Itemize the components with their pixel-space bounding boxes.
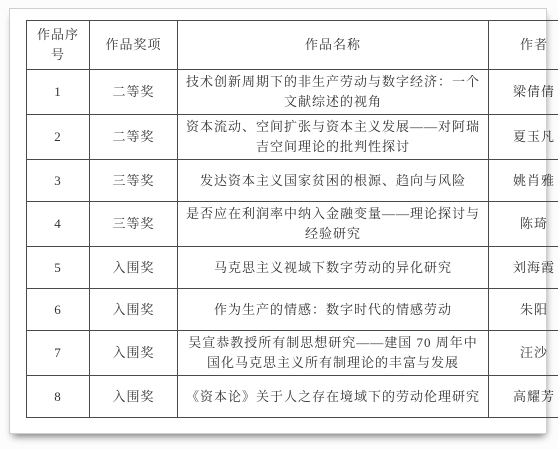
title-cell: 吴宣恭教授所有制思想研究——建国 70 周年中国化马克思主义所有制理论的丰富与发…: [178, 331, 489, 376]
award-cell: 入围奖: [90, 289, 178, 331]
serial-cell: 7: [27, 331, 90, 376]
serial-cell: 8: [27, 376, 90, 418]
award-cell: 三等奖: [90, 202, 178, 247]
author-cell: 高耀芳: [489, 376, 558, 418]
serial-cell: 1: [27, 70, 90, 115]
author-cell: 梁倩倩: [489, 70, 558, 115]
author-cell: 夏玉凡: [489, 115, 558, 160]
serial-cell: 3: [27, 160, 90, 202]
header-award: 作品奖项: [90, 21, 178, 70]
serial-cell: 6: [27, 289, 90, 331]
table-row: 2 二等奖 资本流动、空间扩张与资本主义发展——对阿瑞吉空间理论的批判性探讨 夏…: [27, 115, 558, 160]
award-cell: 二等奖: [90, 70, 178, 115]
award-cell: 入围奖: [90, 247, 178, 289]
award-cell: 入围奖: [90, 376, 178, 418]
table-row: 8 入围奖 《资本论》关于人之存在境域下的劳动伦理研究 高耀芳: [27, 376, 558, 418]
title-cell: 发达资本主义国家贫困的根源、趋向与风险: [178, 160, 489, 202]
author-cell: 朱阳: [489, 289, 558, 331]
title-cell: 是否应在利润率中纳入金融变量——理论探讨与经验研究: [178, 202, 489, 247]
header-row: 作品序号 作品奖项 作品名称 作者: [27, 21, 558, 70]
award-cell: 二等奖: [90, 115, 178, 160]
table-row: 1 二等奖 技术创新周期下的非生产劳动与数字经济：一个文献综述的视角 梁倩倩: [27, 70, 558, 115]
table-header: 作品序号 作品奖项 作品名称 作者: [27, 21, 558, 70]
header-serial: 作品序号: [27, 21, 90, 70]
table-row: 4 三等奖 是否应在利润率中纳入金融变量——理论探讨与经验研究 陈琦: [27, 202, 558, 247]
title-cell: 资本流动、空间扩张与资本主义发展——对阿瑞吉空间理论的批判性探讨: [178, 115, 489, 160]
table-body: 1 二等奖 技术创新周期下的非生产劳动与数字经济：一个文献综述的视角 梁倩倩 2…: [27, 70, 558, 418]
author-cell: 姚肖雅: [489, 160, 558, 202]
table-row: 3 三等奖 发达资本主义国家贫困的根源、趋向与风险 姚肖雅: [27, 160, 558, 202]
title-cell: 《资本论》关于人之存在境域下的劳动伦理研究: [178, 376, 489, 418]
author-cell: 刘海霞: [489, 247, 558, 289]
award-cell: 入围奖: [90, 331, 178, 376]
serial-cell: 2: [27, 115, 90, 160]
author-cell: 陈琦: [489, 202, 558, 247]
title-cell: 作为生产的情感：数字时代的情感劳动: [178, 289, 489, 331]
author-cell: 汪沙: [489, 331, 558, 376]
serial-cell: 4: [27, 202, 90, 247]
table-row: 5 入围奖 马克思主义视域下数字劳动的异化研究 刘海霞: [27, 247, 558, 289]
header-author: 作者: [489, 21, 558, 70]
table-row: 6 入围奖 作为生产的情感：数字时代的情感劳动 朱阳: [27, 289, 558, 331]
header-title: 作品名称: [178, 21, 489, 70]
title-cell: 马克思主义视域下数字劳动的异化研究: [178, 247, 489, 289]
serial-cell: 5: [27, 247, 90, 289]
award-cell: 三等奖: [90, 160, 178, 202]
title-cell: 技术创新周期下的非生产劳动与数字经济：一个文献综述的视角: [178, 70, 489, 115]
document-frame: 作品序号 作品奖项 作品名称 作者 1 二等奖 技术创新周期下的非生产劳动与数字…: [9, 8, 547, 434]
award-results-table: 作品序号 作品奖项 作品名称 作者 1 二等奖 技术创新周期下的非生产劳动与数字…: [26, 20, 558, 418]
table-row: 7 入围奖 吴宣恭教授所有制思想研究——建国 70 周年中国化马克思主义所有制理…: [27, 331, 558, 376]
